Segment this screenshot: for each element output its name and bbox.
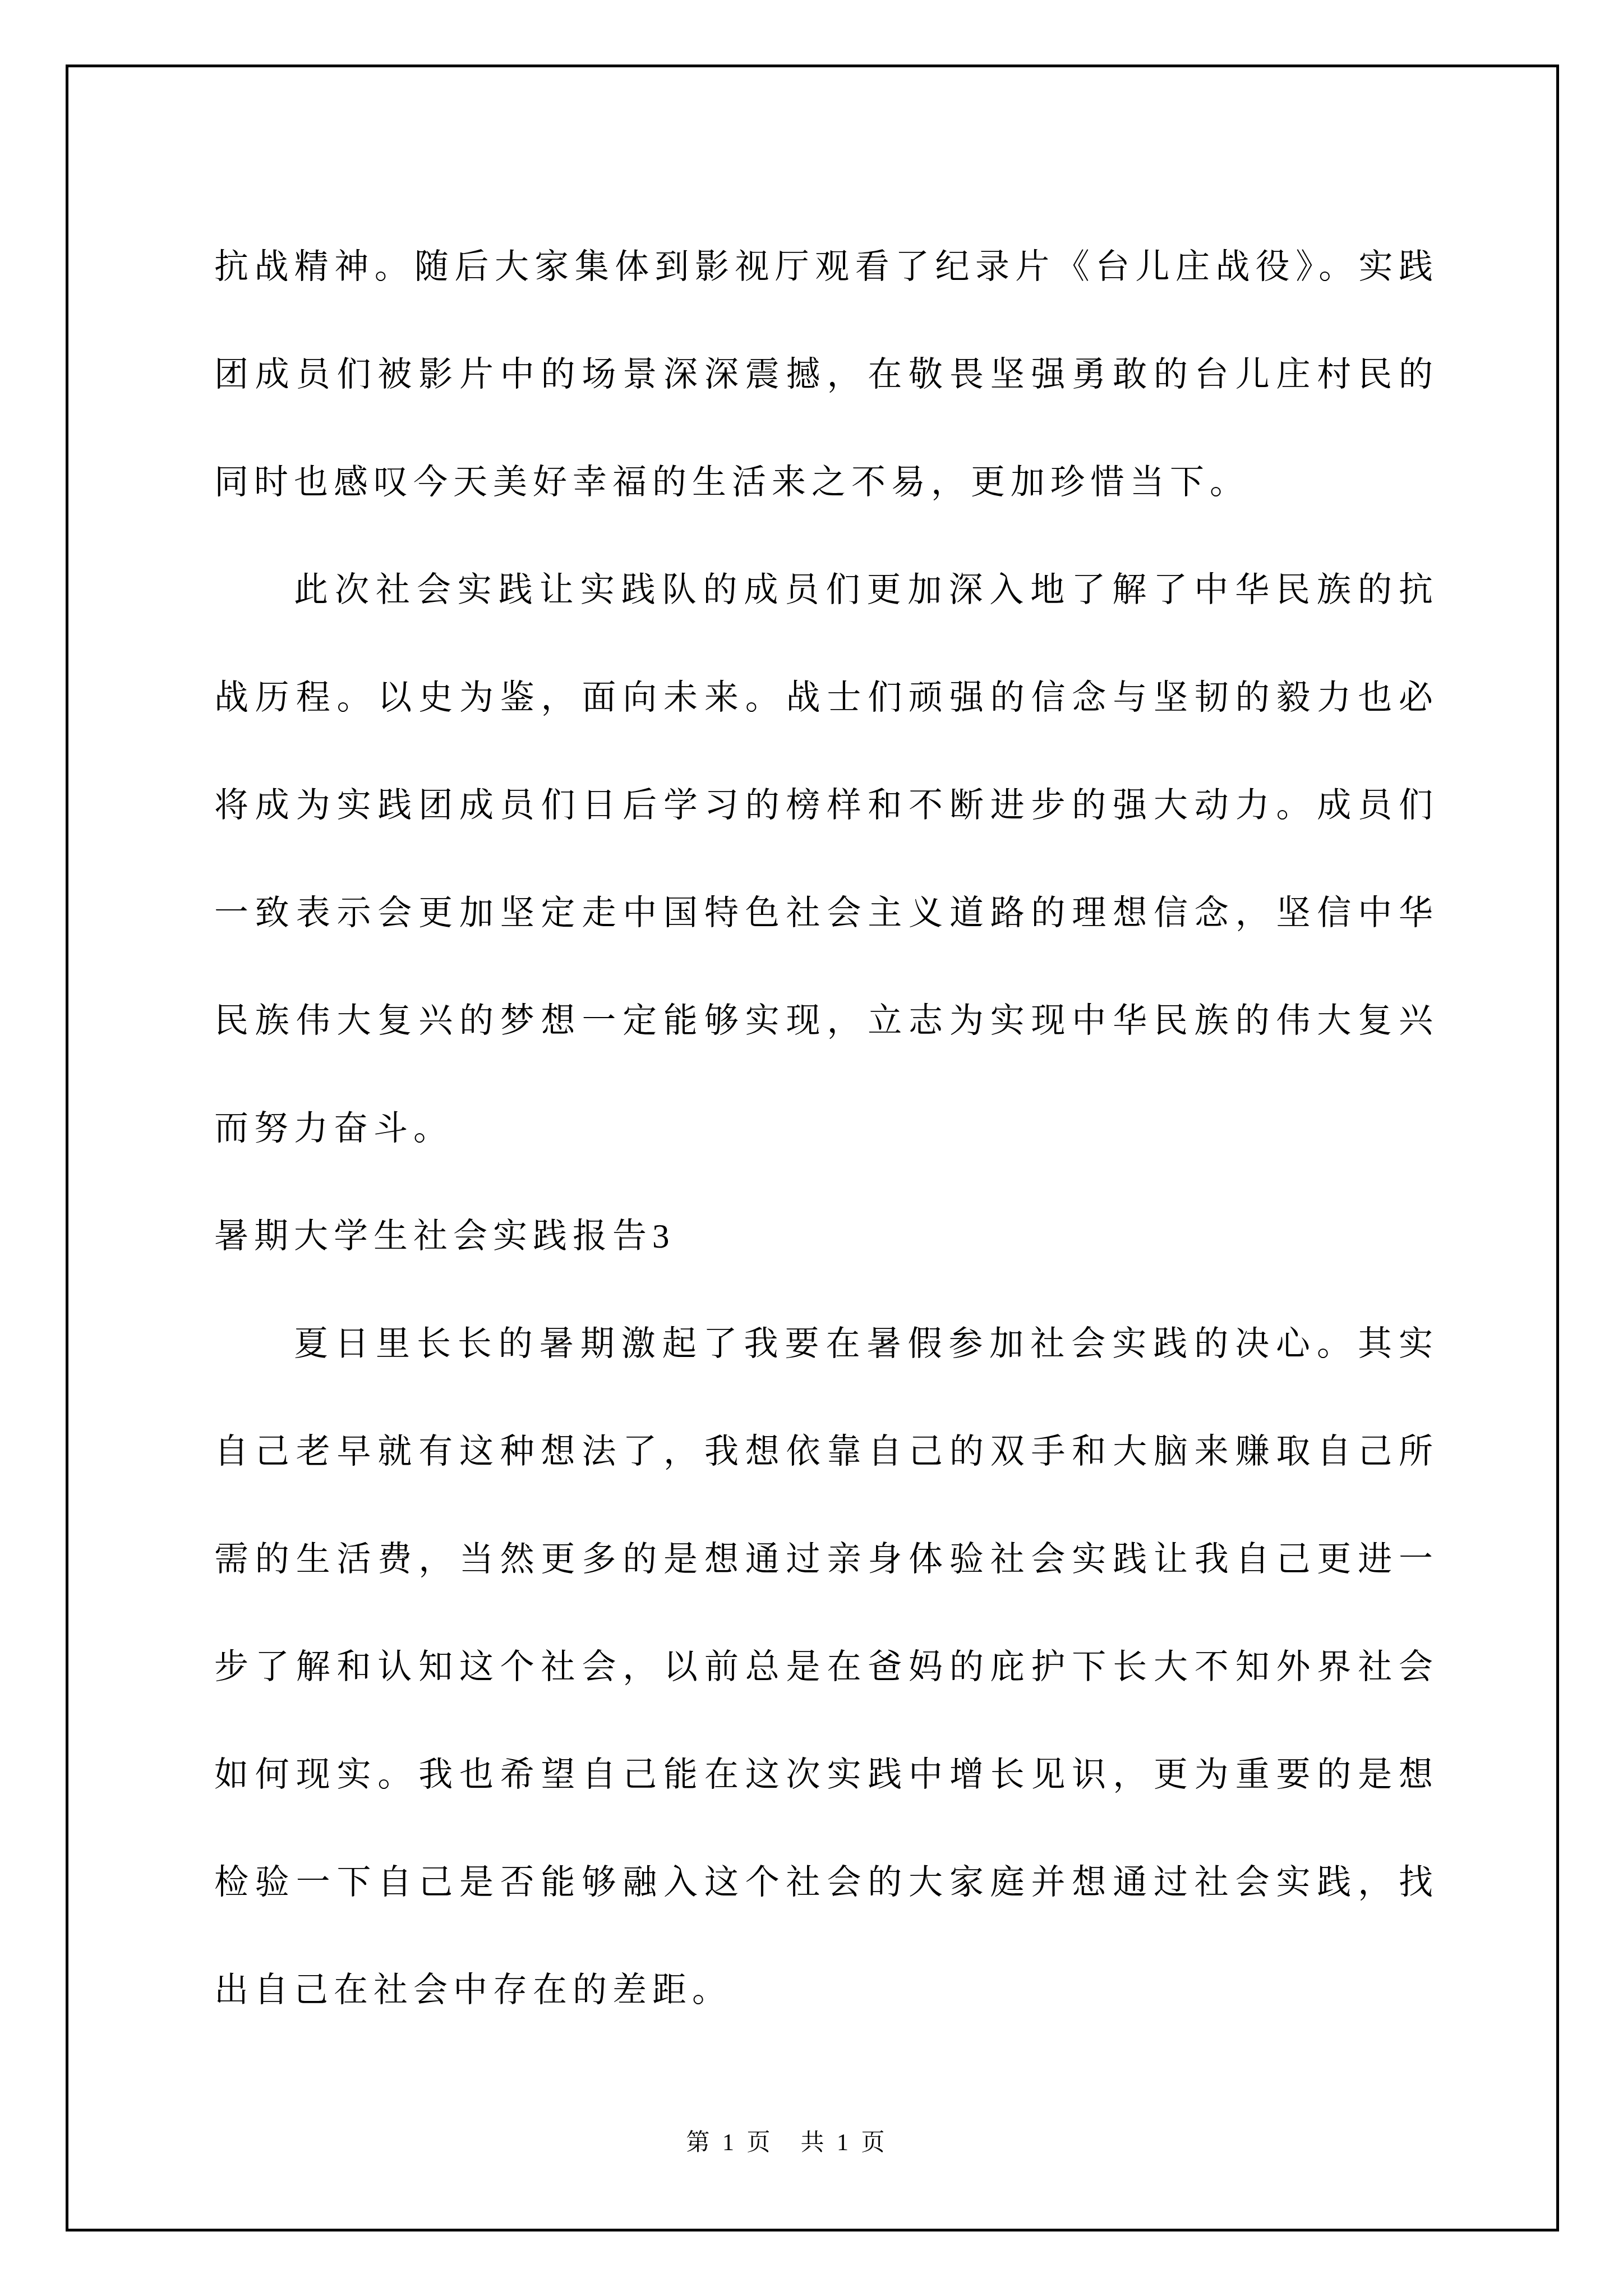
text-line: 而努力奋斗。 [214,1075,1438,1183]
text-line: 检验一下自己是否能够融入这个社会的大家庭并想通过社会实践，找 [214,1829,1438,1937]
text-line: 民族伟大复兴的梦想一定能够实现，立志为实现中华民族的伟大复兴 [214,968,1438,1075]
text-line: 同时也感叹今天美好幸福的生活来之不易，更加珍惜当下。 [214,429,1438,537]
text-line: 战历程。以史为鉴，面向未来。战士们顽强的信念与坚韧的毅力也必 [214,645,1438,752]
text-line: 一致表示会更加坚定走中国特色社会主义道路的理想信念，坚信中华 [214,860,1438,968]
section-heading: 暑期大学生社会实践报告3 [214,1183,1438,1291]
text-line: 出自己在社会中存在的差距。 [214,1937,1438,2045]
text-line: 抗战精神。随后大家集体到影视厅观看了纪录片《台儿庄战役》。实践 [214,214,1438,321]
document-text-block: 抗战精神。随后大家集体到影视厅观看了纪录片《台儿庄战役》。实践 团成员们被影片中… [214,214,1438,2045]
page-border-frame: 抗战精神。随后大家集体到影视厅观看了纪录片《台儿庄战役》。实践 团成员们被影片中… [66,65,1559,2231]
text-line: 步了解和认知这个社会，以前总是在爸妈的庇护下长大不知外界社会 [214,1614,1438,1722]
text-line: 需的生活费，当然更多的是想通过亲身体验社会实践让我自己更进一 [214,1506,1438,1614]
text-line: 团成员们被影片中的场景深深震撼，在敬畏坚强勇敢的台儿庄村民的 [214,321,1438,429]
text-line: 将成为实践团成员们日后学习的榜样和不断进步的强大动力。成员们 [214,752,1438,860]
text-line: 夏日里长长的暑期激起了我要在暑假参加社会实践的决心。其实 [214,1291,1438,1398]
document-page: { "page": { "background": "#ffffff", "te… [0,0,1623,2296]
page-number-footer: 第 1 页 共 1 页 [68,2126,1556,2160]
text-line: 自己老早就有这种想法了，我想依靠自己的双手和大脑来赚取自己所 [214,1398,1438,1506]
text-line: 此次社会实践让实践队的成员们更加深入地了解了中华民族的抗 [214,537,1438,645]
text-line: 如何现实。我也希望自己能在这次实践中增长见识，更为重要的是想 [214,1722,1438,1829]
